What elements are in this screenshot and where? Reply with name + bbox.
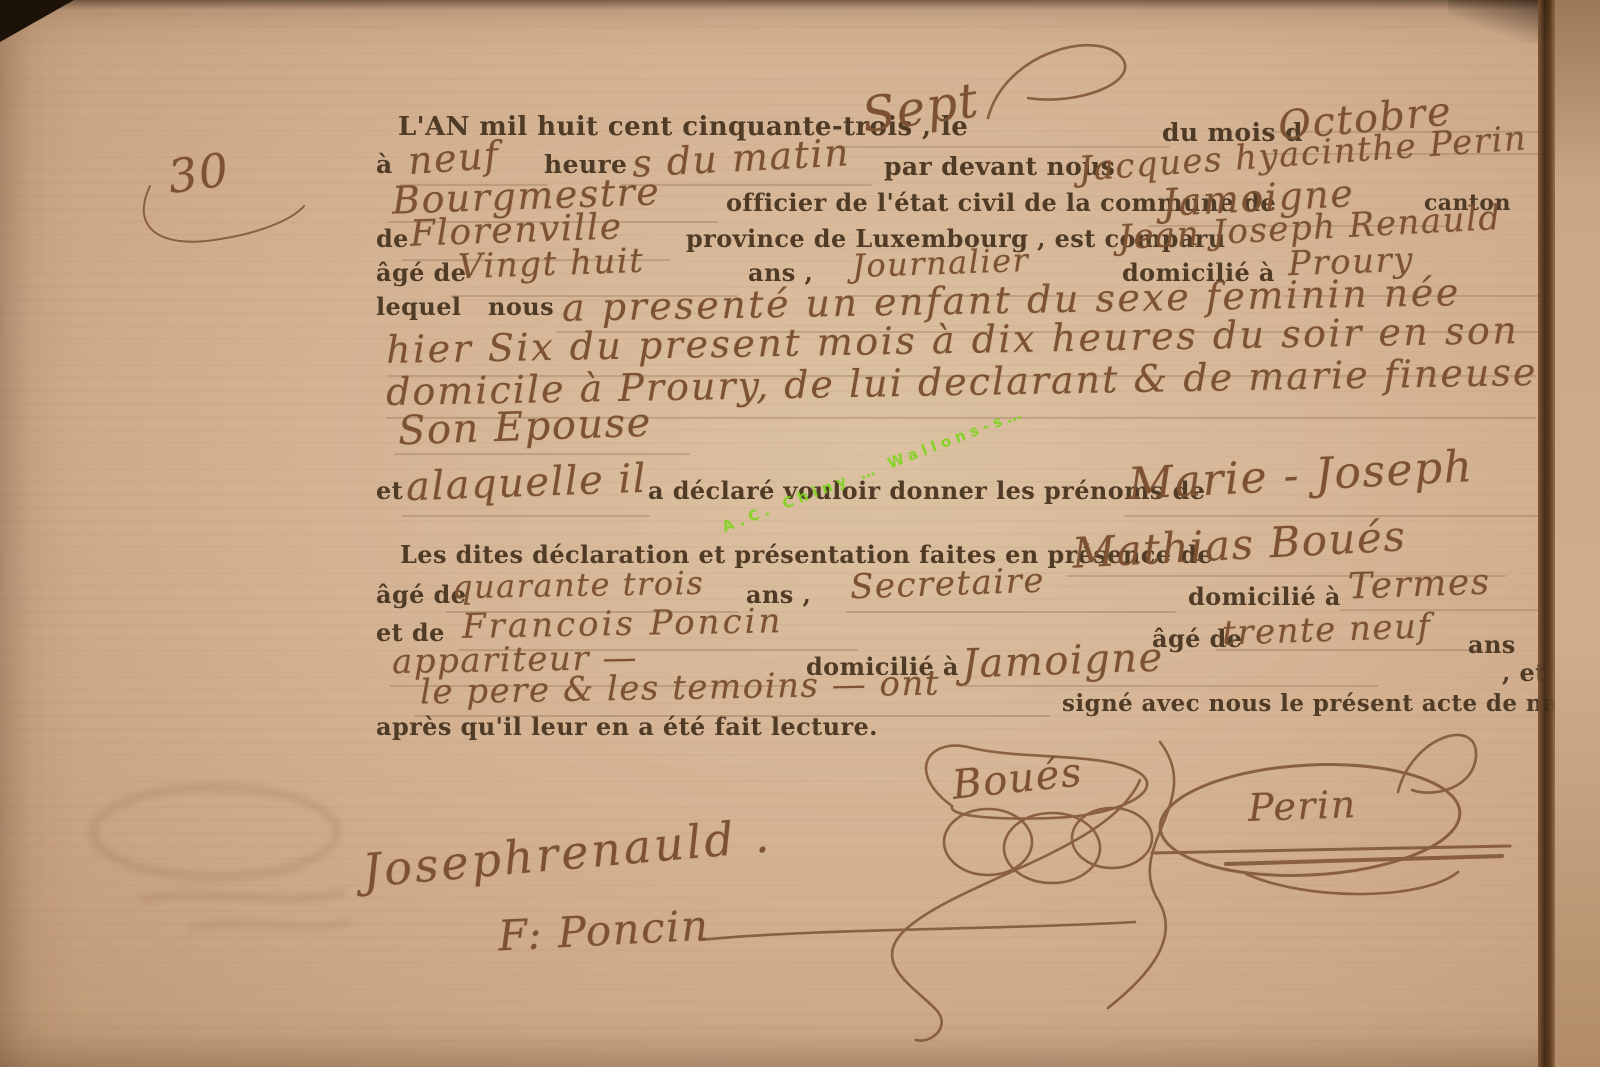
officer-signature-underline — [1152, 846, 1510, 853]
adjacent-page-edge — [1555, 0, 1600, 1067]
printed-lecture: après qu'il leur en a été fait lecture. — [376, 712, 878, 741]
hw-witness1-domicile: Termes — [1347, 562, 1491, 608]
scan-top-shadow — [0, 0, 1600, 10]
showthrough-writing — [140, 892, 345, 900]
hw-witness2-age: trente neuf — [1221, 606, 1432, 653]
signature-declarant: Josephrenauld . — [360, 808, 773, 898]
signature-officer: Perin — [1247, 782, 1357, 830]
blank-line-rule — [402, 515, 650, 517]
printed-hour-prefix: à — [376, 150, 393, 179]
signature-curl — [1108, 742, 1174, 1008]
officer-signature-topflourish — [1398, 735, 1476, 793]
showthrough-stamp-oval — [93, 787, 337, 877]
hw-child-names: Marie - Joseph — [1127, 441, 1475, 510]
hw-laquelle: alaquelle il — [405, 456, 648, 510]
witness2-signature-line — [700, 922, 1135, 940]
printed-w1-domicile-label: domicilié à — [1188, 582, 1341, 611]
witness1-signature-loop — [944, 809, 1032, 875]
officer-signature-underline — [1226, 856, 1502, 864]
printed-nous: nous — [488, 292, 554, 321]
witness1-signature-tail — [892, 780, 1140, 1041]
printed-de: de — [376, 224, 409, 253]
act-number: 30 — [165, 142, 233, 204]
printed-w2-ans-label: ans — [1468, 630, 1516, 659]
hw-witness2-domicile: Jamoigne — [961, 634, 1164, 687]
birth-certificate-scan: 30 L'AN mil huit cent cinquante-trois , … — [0, 0, 1600, 1067]
hw-declarant-age: Vingt huit — [457, 241, 645, 287]
printed-et: et — [376, 476, 403, 505]
hw-birth-details-3: Son Epouse — [397, 400, 652, 455]
blank-line-rule — [846, 611, 1176, 613]
printed-lequel: lequel — [376, 292, 461, 321]
printed-signe-avec-nous: signé avec nous le présent acte de naiss… — [1062, 690, 1600, 717]
signature-witness1: Boués — [950, 749, 1085, 808]
blank-line-rule — [394, 453, 690, 455]
hw-witness1-age: quarante trois — [452, 564, 705, 606]
hw-closing: le pere & les temoins — ont — [420, 663, 941, 712]
signature-witness2: F: Poncin — [497, 900, 711, 960]
witness1-signature-loop — [1004, 813, 1100, 883]
page-fold-edge — [1538, 0, 1555, 1067]
archive-watermark: A.C. Chiny … Wallons-s… — [720, 403, 1029, 536]
witness1-signature-loop — [1072, 808, 1152, 868]
showthrough-writing — [190, 922, 350, 928]
day-flourish — [988, 45, 1125, 118]
hw-witness1-profession: Secretaire — [849, 561, 1045, 608]
printed-prenoms-label: a déclaré vouloir donner les prénoms de — [648, 476, 1205, 505]
printed-age-label: âgé de — [376, 258, 466, 287]
officer-signature-swash — [1246, 872, 1458, 894]
